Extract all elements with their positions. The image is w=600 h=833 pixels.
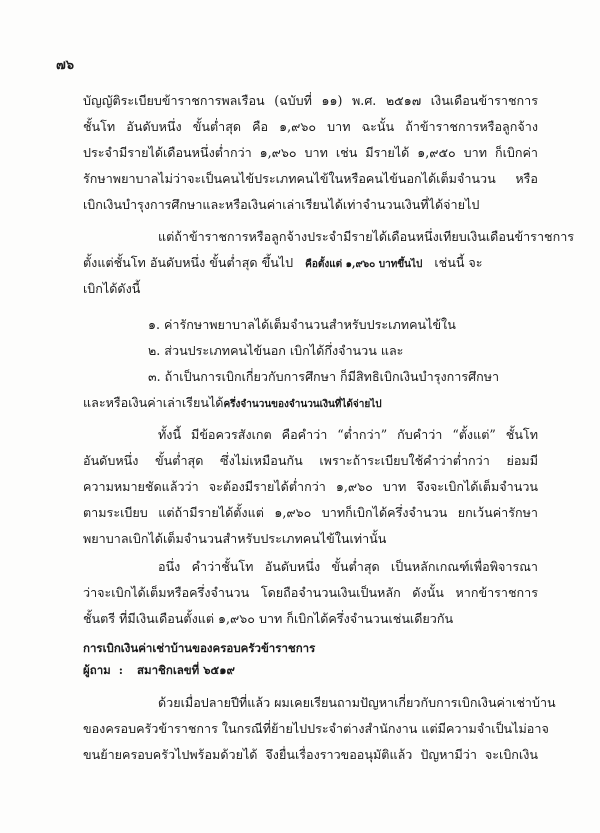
list-item: ๒. ส่วนประเภทคนไข้นอก เบิกได้กึ่งจำนวน แ… [148, 342, 538, 360]
text-line: พยาบาลเบิกได้เต็มจำนวนสำหรับประเภทคนไข้ใ… [83, 530, 538, 548]
document-page: ๗๖ บัญญัติระเบียบข้าราชการพลเรือน (ฉบับท… [0, 0, 600, 833]
text-line: เบิกเงินบำรุงการศึกษาและหรือเงินค่าเล่าเ… [83, 196, 538, 214]
text-line: อนึ่ง คำว่าชั้นโท อันดับหนึ่ง ขั้นต่ำสุด… [158, 558, 538, 576]
question-label: ผู้ถาม:สมาชิกเลขที่ ๖๕๑๙ [83, 662, 235, 678]
text-line: ของครอบครัวข้าราชการ ในกรณีที่ย้ายไปประจ… [83, 720, 538, 738]
list-item: ๑. ค่ารักษาพยาบาลได้เต็มจำนวนสำหรับประเภ… [148, 316, 538, 334]
text-line: แต่ถ้าข้าราชการหรือลูกจ้างประจำมีรายได้เ… [158, 228, 538, 246]
text-line: ความหมายชัดแล้วว่า จะต้องมีรายได้ต่ำกว่า… [83, 478, 538, 496]
text-line: บัญญัติระเบียบข้าราชการพลเรือน (ฉบับที่ … [83, 92, 538, 110]
text-line: ประจำมีรายได้เดือนหนึ่งต่ำกว่า ๑,๙๖๐ บาท… [83, 144, 538, 162]
text-line: เบิกได้ดังนี้ [83, 280, 538, 298]
text-segment-small: คือตั้งแต่ ๑,๙๖๐ บาทขึ้นไป [305, 259, 422, 270]
text-line: ชั้นโท อันดับหนึ่ง ขั้นต่ำสุด คือ ๑,๙๖๐ … [83, 118, 538, 136]
text-line: อันดับหนึ่ง ขั้นต่ำสุด ซึ่งไม่เหมือนกัน … [83, 452, 538, 470]
text-line: ว่าจะเบิกได้เต็มหรือครึ่งจำนวน โดยถือจำน… [83, 584, 538, 602]
asker-label: ผู้ถาม [83, 663, 111, 677]
list-item: ๓. ถ้าเป็นการเบิกเกี่ยวกับการศึกษา ก็มีส… [148, 368, 538, 386]
text-line: ขนย้ายครอบครัวไปพร้อมด้วยได้ จึงยื่นเรื่… [83, 746, 538, 764]
text-line: ทั้งนี้ มีข้อควรสังเกต คือคำว่า “ต่ำกว่า… [158, 426, 538, 444]
text-line: ชั้นตรี ที่มีเงินเดือนตั้งแต่ ๑,๙๖๐ บาท … [83, 610, 538, 628]
text-line: ตั้งแต่ชั้นโท อันดับหนึ่ง ขั้นต่ำสุด ขึ้… [83, 254, 538, 274]
section-heading: การเบิกเงินค่าเช่าบ้านของครอบครัวข้าราชก… [83, 640, 315, 656]
text-line: และหรือเงินค่าเล่าเรียนได้ครึ่งจำนวนของจ… [83, 394, 538, 414]
text-segment: ตั้งแต่ชั้นโท อันดับหนึ่ง ขั้นต่ำสุด ขึ้… [83, 255, 293, 270]
text-line: ด้วยเมื่อปลายปีที่แล้ว ผมเคยเรียนถามปัญห… [158, 694, 538, 712]
text-segment: และหรือเงินค่าเล่าเรียนได้ [83, 395, 223, 410]
member-number: สมาชิกเลขที่ ๖๕๑๙ [137, 663, 235, 677]
text-segment: เช่นนี้ จะ [434, 255, 482, 270]
page-number: ๗๖ [56, 54, 74, 75]
separator: : [119, 663, 123, 677]
text-line: ตามระเบียบ แต่ถ้ามีรายได้ตั้งแต่ ๑,๙๖๐ บ… [83, 504, 538, 522]
text-line: รักษาพยาบาลไม่ว่าจะเป็นคนไข้ประเภทคนไข้ใ… [83, 170, 538, 188]
text-segment-small: ครึ่งจำนวนของจำนวนเงินที่ได้จ่ายไป [223, 399, 381, 410]
